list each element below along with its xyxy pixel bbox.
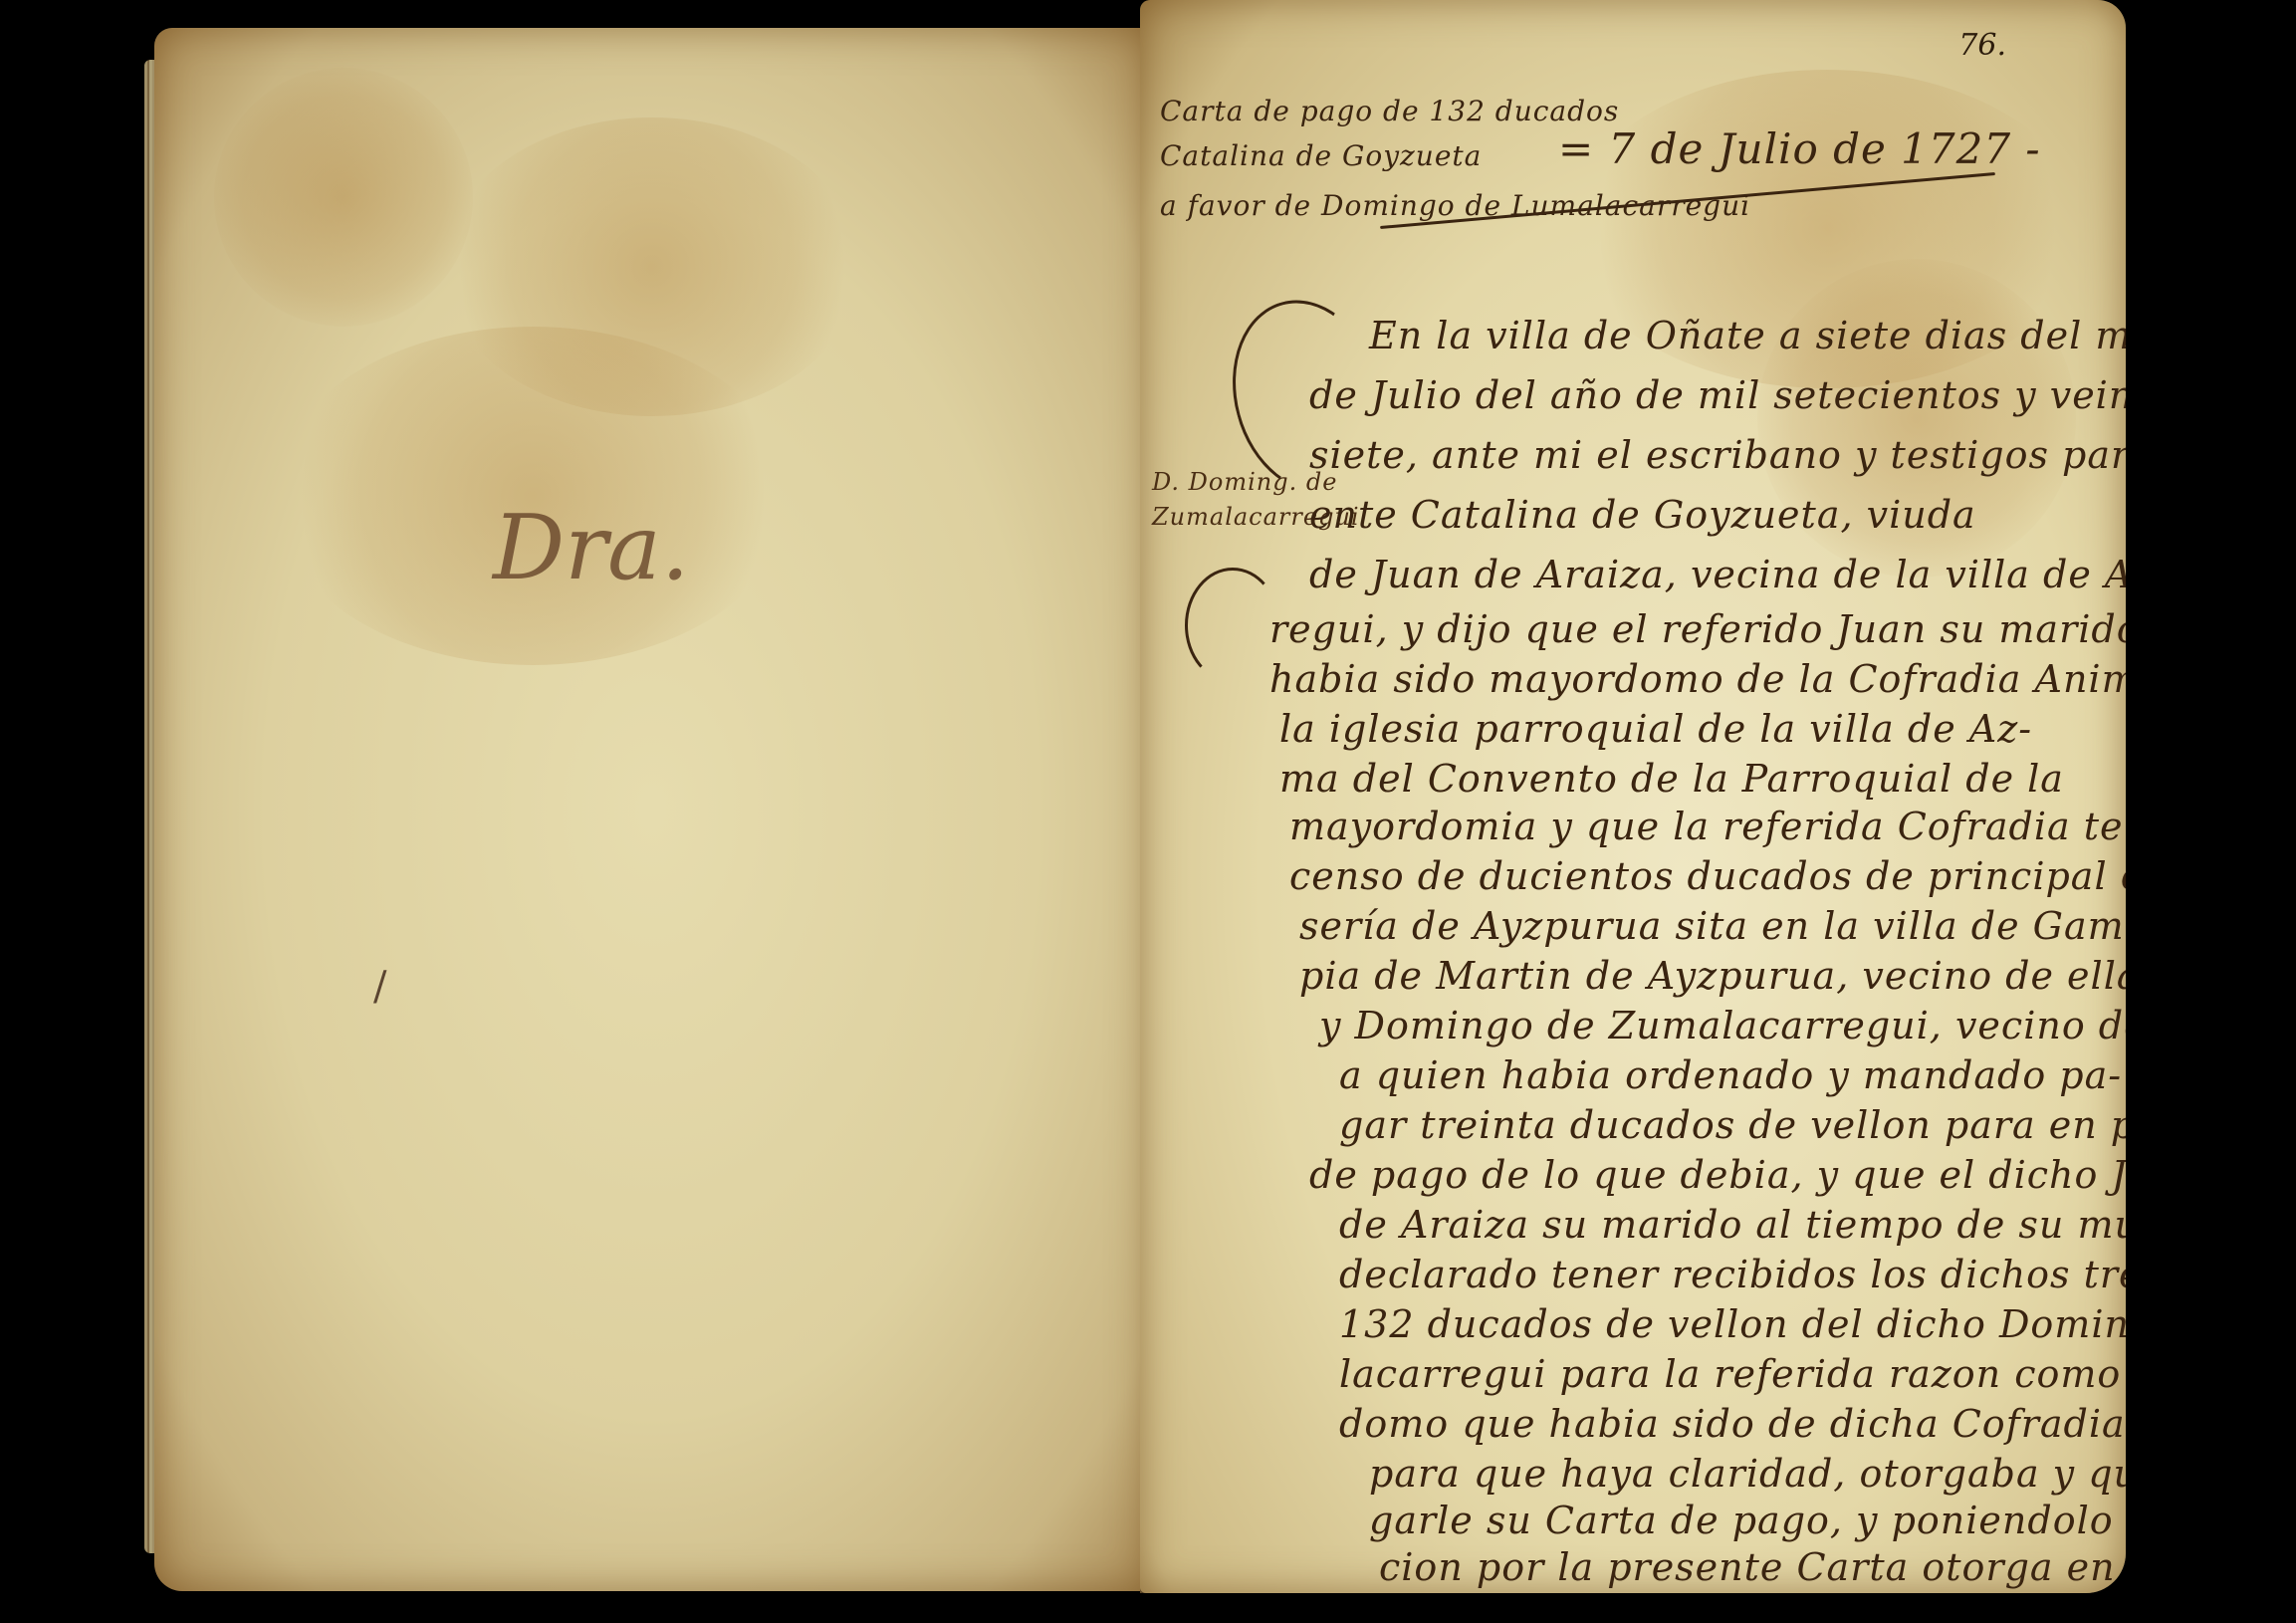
text-line: garle su Carta de pago, y poniendolo en … (1369, 1499, 2126, 1542)
text-line: de Juan de Araiza, vecina de la villa de… (1309, 553, 2126, 596)
header-note: a favor de Domingo de Lumalacarregui (1160, 189, 1750, 222)
text-line: a quien habia ordenado y mandado pa- (1339, 1053, 2122, 1097)
text-line: habia sido mayordomo de la Cofradia Anim… (1269, 657, 2126, 701)
water-stain (214, 68, 473, 327)
text-line: ente Catalina de Goyzueta, viuda (1309, 493, 1976, 537)
text-line: declarado tener recibidos los dichos tre… (1339, 1253, 2126, 1296)
text-line: para que haya claridad, otorgaba y queri… (1369, 1452, 2126, 1496)
document-date: = 7 de Julio de 1727 - (1558, 124, 2041, 173)
text-line: domo que habia sido de dicha Cofradia, y… (1339, 1402, 2126, 1446)
text-line: 132 ducados de vellon del dicho Domingo … (1339, 1302, 2126, 1346)
text-line: siete, ante mi el escribano y testigos p… (1309, 433, 2126, 477)
text-line: lacarregui para la referida razon como t… (1339, 1352, 2126, 1396)
header-note: Carta de pago de 132 ducados (1160, 95, 1619, 127)
left-page: Dra. / (154, 28, 1150, 1591)
right-page: 76. Carta de pago de 132 ducados Catalin… (1140, 0, 2126, 1593)
text-line: censo de ducientos ducados de principal … (1289, 854, 2126, 898)
text-line: de pago de lo que debia, y que el dicho … (1309, 1153, 2126, 1197)
open-book: Dra. / 76. Carta de pago de 132 ducados … (144, 0, 2156, 1623)
text-line: de Araiza su marido al tiempo de su muer… (1339, 1203, 2126, 1247)
text-line: pia de Martin de Ayzpurua, vecino de ell… (1299, 954, 2126, 998)
text-line: En la villa de Oñate a siete dias del me… (1369, 314, 2126, 357)
faded-signature: Dra. (493, 496, 689, 600)
folio-number: 76. (1958, 28, 2006, 63)
text-line: sería de Ayzpurua sita en la villa de Ga… (1299, 904, 2126, 948)
text-line: y Domingo de Zumalacarregui, vecino de O… (1319, 1004, 2126, 1047)
pencil-mark: / (373, 964, 386, 1010)
text-line: cion por la presente Carta otorga en ten… (1379, 1545, 2126, 1589)
header-note: Catalina de Goyzueta (1160, 139, 1482, 172)
text-line: de Julio del año de mil setecientos y ve… (1309, 373, 2126, 417)
text-line: ma del Convento de la Parroquial de la (1279, 757, 2064, 801)
text-line: mayordomia y que la referida Cofradia te… (1289, 805, 2126, 848)
text-line: gar treinta ducados de vellon para en pa… (1339, 1103, 2126, 1147)
text-line: la iglesia parroquial de la villa de Az- (1279, 707, 2032, 751)
text-line: regui, y dijo que el referido Juan su ma… (1269, 607, 2126, 651)
marginal-flourish (1185, 568, 1280, 683)
